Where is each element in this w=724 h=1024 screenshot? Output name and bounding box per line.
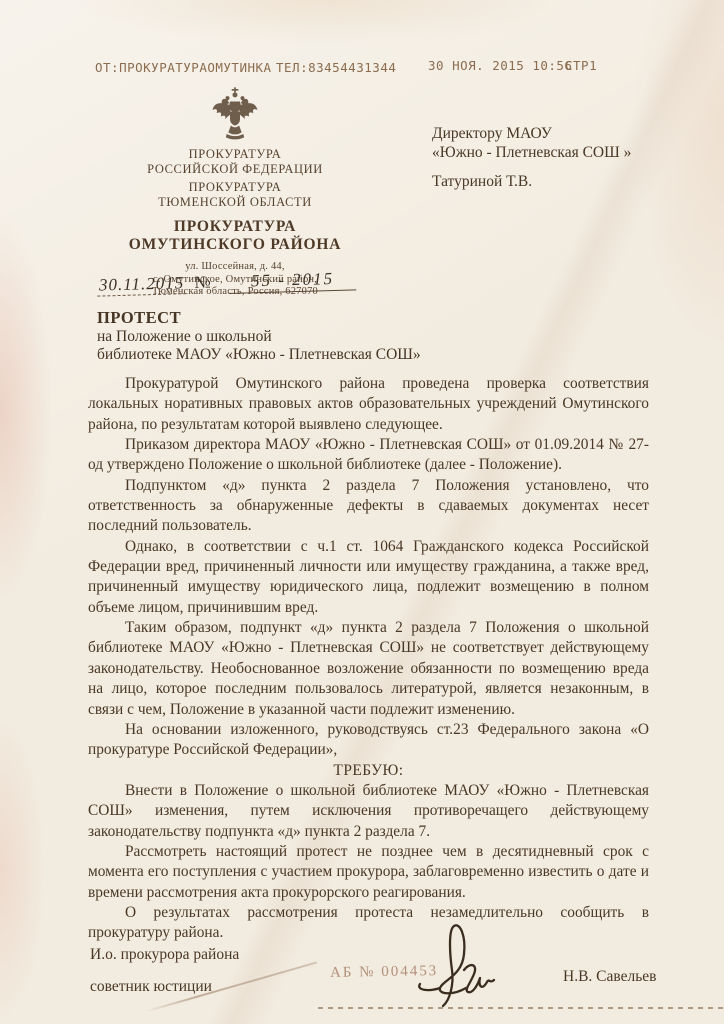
addressee-block: Директору МАОУ «Южно - Плетневская СОШ »… — [432, 124, 631, 191]
addressee-line: Директору МАОУ — [432, 124, 631, 143]
number-symbol: № — [194, 272, 211, 291]
letterhead-office-name: ПРОКУРАТУРА ОМУТИНСКОГО РАЙОНА — [92, 218, 378, 254]
signer-name: Н.В. Савельев — [563, 968, 656, 986]
body-paragraph: Прокуратурой Омутинского района проведен… — [88, 374, 649, 435]
letterhead-org-line: РОССИЙСКОЙ ФЕДЕРАЦИИ — [92, 162, 378, 177]
demand-heading: ТРЕБУЮ: — [88, 761, 649, 781]
fax-page-number: СТР1 — [565, 58, 597, 73]
signer-position-line1: И.о. прокурора района — [90, 946, 239, 964]
scanned-document-page: ОТ:ПРОКУРАТУРАОМУТИНКА ТЕЛ:83454431344 3… — [0, 0, 724, 1024]
fax-sender: ОТ:ПРОКУРАТУРАОМУТИНКА — [95, 60, 272, 75]
body-paragraph: Рассмотреть настоящий протест не позднее… — [88, 842, 649, 903]
body-paragraph: Однако, в соответствии с ч.1 ст. 1064 Гр… — [88, 537, 649, 618]
handwritten-number: 55 - 2015 — [229, 268, 357, 294]
letterhead-org-line: ПРОКУРАТУРА — [92, 180, 378, 195]
handwritten-date: 30.11.2015 — [97, 273, 187, 296]
letterhead-org-line: ПРОКУРАТУРА — [92, 147, 378, 162]
document-body: Прокуратурой Омутинского района проведен… — [88, 374, 649, 944]
title-subtitle-line: на Положение о школьной — [97, 328, 421, 346]
fax-datetime: 30 НОЯ. 2015 10:56 — [428, 58, 572, 73]
letterhead-org-line: ТЮМЕНСКОЙ ОБЛАСТИ — [92, 195, 378, 210]
document-title: ПРОТЕСТ на Положение о школьной библиоте… — [97, 308, 421, 364]
title-heading: ПРОТЕСТ — [97, 308, 421, 328]
signature-scribble — [408, 918, 518, 1013]
addressee-line: «Южно - Плетневская СОШ » — [432, 143, 631, 162]
fax-phone: ТЕЛ:83454431344 — [276, 60, 396, 75]
title-subtitle-line: библиотеке МАОУ «Южно - Плетневская СОШ» — [97, 346, 421, 364]
bottom-dashed-line — [318, 1007, 724, 1009]
russian-coat-of-arms-icon — [210, 84, 260, 144]
body-paragraph: Внести в Положение о школьной библиотеке… — [88, 781, 649, 842]
body-paragraph: О результатах рассмотрения протеста неза… — [88, 903, 649, 944]
letterhead-office-name-line2: ОМУТИНСКОГО РАЙОНА — [92, 236, 378, 254]
body-paragraph: Приказом директора МАОУ «Южно - Плетневс… — [88, 435, 649, 476]
body-paragraph: На основании изложенного, руководствуясь… — [88, 720, 649, 761]
letterhead-office-name-line1: ПРОКУРАТУРА — [92, 218, 378, 236]
addressee-name: Татуриной Т.В. — [432, 172, 631, 191]
signer-position-line2: советник юстиции — [90, 978, 212, 996]
body-paragraph: Подпунктом «д» пункта 2 раздела 7 Положе… — [88, 476, 649, 537]
letterhead: ПРОКУРАТУРА РОССИЙСКОЙ ФЕДЕРАЦИИ ПРОКУРА… — [92, 84, 378, 299]
body-paragraph: Таким образом, подпункт «д» пункта 2 раз… — [88, 618, 649, 720]
